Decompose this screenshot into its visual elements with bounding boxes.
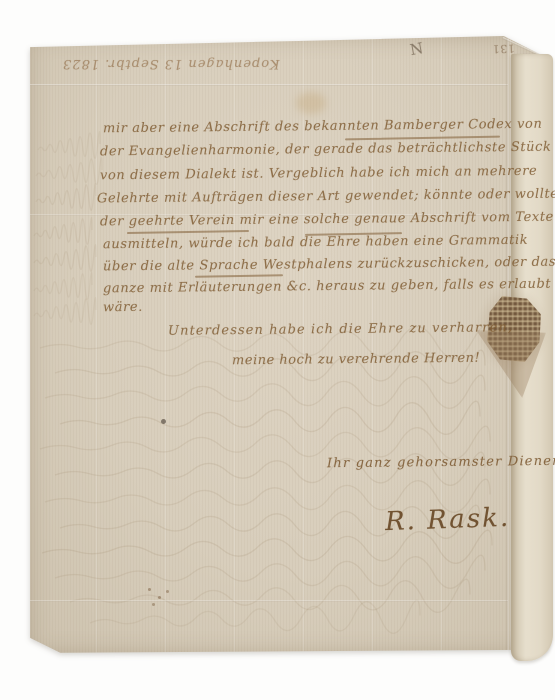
paper-speck — [166, 590, 169, 593]
ink-speck — [161, 419, 166, 424]
fold-crease-top — [30, 84, 508, 86]
signature: R. Rask. — [385, 503, 511, 537]
closing-line: meine hoch zu verehrende Herren! — [232, 351, 480, 369]
letter-scan: Kopenhagen 13 Septbr. 1823 N 131 mir abe… — [0, 0, 555, 700]
fold-crease-bottom — [30, 600, 508, 602]
corner-numeral: 131 — [492, 42, 515, 56]
paper-stain — [296, 92, 326, 114]
paper-speck — [158, 596, 161, 599]
paper-speck — [152, 603, 155, 606]
archival-date-note: Kopenhagen 13 Septbr. 1823 — [62, 56, 280, 71]
paper-speck — [148, 588, 151, 591]
signoff-line: Ihr ganz gehorsamster Diener — [327, 454, 555, 471]
pencil-mark: N — [409, 39, 426, 59]
body-line: wäre. — [103, 300, 143, 315]
